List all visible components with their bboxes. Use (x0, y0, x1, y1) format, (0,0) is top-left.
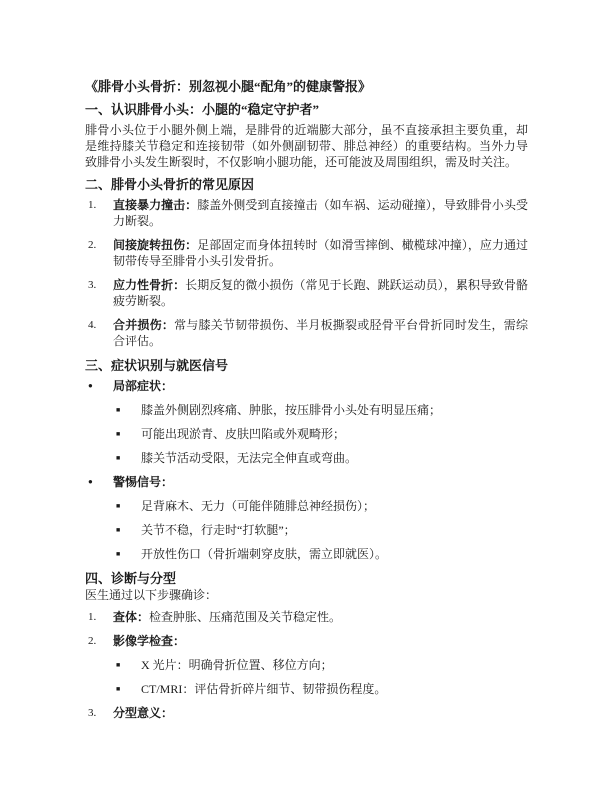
list-number: 2. (85, 237, 113, 269)
imaging-subitem: ■ X 光片：明确骨折位置、移位方向； (113, 657, 528, 673)
symptom-text: 膝盖外侧剧烈疼痛、肿胀，按压腓骨小头处有明显压痛； (141, 402, 528, 418)
item-label: 间接旋转扭伤： (113, 238, 197, 252)
section-1-paragraph: 腓骨小头位于小腿外侧上端，是腓骨的近端膨大部分，虽不直接承担主要负重，却是维持膝… (85, 122, 528, 170)
item-body: 间接旋转扭伤：足部固定而身体扭转时（如滑雪摔倒、橄榄球冲撞），应力通过韧带传导至… (113, 237, 528, 269)
item-body: 查体：检查肿胀、压痛范围及关节稳定性。 (113, 609, 528, 625)
item-body: 应力性骨折：长期反复的微小损伤（常见于长跑、跳跃运动员），累积导致骨骼疲劳断裂。 (113, 277, 528, 309)
symptom-subitem: ■ 开放性伤口（骨折端刺穿皮肤，需立即就医）。 (113, 546, 528, 562)
bullet-dot-icon: ● (85, 474, 113, 490)
document-page: 《腓骨小头骨折：别忽视小腿“配角”的健康警报》 一、认识腓骨小头：小腿的“稳定守… (0, 0, 612, 792)
bullet-square-icon: ■ (113, 681, 141, 697)
item-text: 常与膝关节韧带损伤、半月板撕裂或胫骨平台骨折同时发生，需综合评估。 (113, 318, 528, 348)
list-number: 4. (85, 317, 113, 349)
section-3-heading: 三、症状识别与就医信号 (85, 357, 528, 374)
diagnosis-item-2: 2. 影像学检查： (85, 633, 528, 649)
symptom-group-warning: ● 警惕信号： (85, 474, 528, 490)
symptom-subitem: ■ 膝盖外侧剧烈疼痛、肿胀，按压腓骨小头处有明显压痛； (113, 402, 528, 418)
item-body: 合并损伤：常与膝关节韧带损伤、半月板撕裂或胫骨平台骨折同时发生，需综合评估。 (113, 317, 528, 349)
bullet-square-icon: ■ (113, 522, 141, 538)
symptom-text: 膝关节活动受限，无法完全伸直或弯曲。 (141, 450, 528, 466)
item-body: 影像学检查： (113, 633, 528, 649)
list-number: 3. (85, 277, 113, 309)
item-label: 合并损伤： (113, 318, 174, 332)
diagnosis-item-3: 3. 分型意义： (85, 705, 528, 721)
section-4-heading: 四、诊断与分型 (85, 570, 528, 587)
cause-item-3: 3. 应力性骨折：长期反复的微小损伤（常见于长跑、跳跃运动员），累积导致骨骼疲劳… (85, 277, 528, 309)
section-4-intro: 医生通过以下步骤确诊： (85, 587, 528, 603)
list-number: 1. (85, 197, 113, 229)
item-body: 分型意义： (113, 705, 528, 721)
imaging-text: CT/MRI：评估骨折碎片细节、韧带损伤程度。 (141, 681, 528, 697)
symptom-group-label: 警惕信号： (113, 475, 173, 489)
symptom-text: 可能出现淤青、皮肤凹陷或外观畸形； (141, 426, 528, 442)
bullet-square-icon: ■ (113, 498, 141, 514)
bullet-square-icon: ■ (113, 402, 141, 418)
item-label: 分型意义： (113, 706, 173, 720)
imaging-subitem: ■ CT/MRI：评估骨折碎片细节、韧带损伤程度。 (113, 681, 528, 697)
section-1-heading: 一、认识腓骨小头：小腿的“稳定守护者” (85, 101, 528, 118)
bullet-square-icon: ■ (113, 546, 141, 562)
list-number: 1. (85, 609, 113, 625)
doc-title: 《腓骨小头骨折：别忽视小腿“配角”的健康警报》 (85, 78, 528, 95)
imaging-text: X 光片：明确骨折位置、移位方向； (141, 657, 528, 673)
cause-item-2: 2. 间接旋转扭伤：足部固定而身体扭转时（如滑雪摔倒、橄榄球冲撞），应力通过韧带… (85, 237, 528, 269)
item-body: 直接暴力撞击：膝盖外侧受到直接撞击（如车祸、运动碰撞），导致腓骨小头受力断裂。 (113, 197, 528, 229)
bullet-square-icon: ■ (113, 450, 141, 466)
bullet-square-icon: ■ (113, 426, 141, 442)
symptom-subitem: ■ 膝关节活动受限，无法完全伸直或弯曲。 (113, 450, 528, 466)
item-text: 检查肿胀、压痛范围及关节稳定性。 (149, 610, 341, 624)
diagnosis-item-1: 1. 查体：检查肿胀、压痛范围及关节稳定性。 (85, 609, 528, 625)
item-label: 直接暴力撞击： (113, 198, 197, 212)
bullet-square-icon: ■ (113, 657, 141, 673)
symptom-group-label: 局部症状： (113, 379, 173, 393)
bullet-dot-icon: ● (85, 378, 113, 394)
cause-item-4: 4. 合并损伤：常与膝关节韧带损伤、半月板撕裂或胫骨平台骨折同时发生，需综合评估… (85, 317, 528, 349)
symptom-subitem: ■ 关节不稳，行走时“打软腿”； (113, 522, 528, 538)
symptom-text: 开放性伤口（骨折端刺穿皮肤，需立即就医）。 (141, 546, 528, 562)
symptom-text: 足背麻木、无力（可能伴随腓总神经损伤）； (141, 498, 528, 514)
item-label: 应力性骨折： (113, 278, 185, 292)
section-2-heading: 二、腓骨小头骨折的常见原因 (85, 176, 528, 193)
list-number: 2. (85, 633, 113, 649)
item-label: 查体： (113, 610, 149, 624)
list-number: 3. (85, 705, 113, 721)
cause-item-1: 1. 直接暴力撞击：膝盖外侧受到直接撞击（如车祸、运动碰撞），导致腓骨小头受力断… (85, 197, 528, 229)
symptom-group-local: ● 局部症状： (85, 378, 528, 394)
item-label: 影像学检查： (113, 634, 185, 648)
symptom-text: 关节不稳，行走时“打软腿”； (141, 522, 528, 538)
symptom-subitem: ■ 可能出现淤青、皮肤凹陷或外观畸形； (113, 426, 528, 442)
symptom-subitem: ■ 足背麻木、无力（可能伴随腓总神经损伤）； (113, 498, 528, 514)
